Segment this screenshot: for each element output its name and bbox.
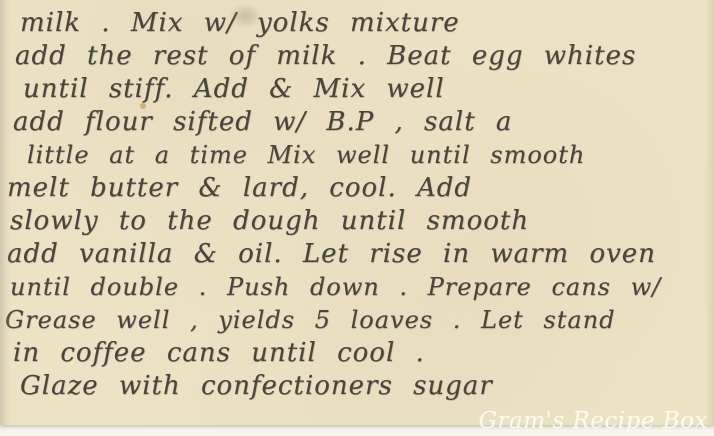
handwritten-line: little at a time Mix well until smooth — [27, 139, 714, 172]
handwritten-line: add vanilla & oil. Let rise in warm oven — [7, 238, 714, 271]
handwritten-line: until stiff. Add & Mix well — [23, 73, 714, 106]
watermark-text: Gram's Recipe Box — [479, 408, 708, 434]
handwritten-line: until double . Push down . Prepare cans … — [10, 271, 714, 304]
handwritten-line: add flour sifted w/ B.P , salt a — [13, 106, 714, 139]
handwritten-line: in coffee cans until cool . — [13, 337, 714, 370]
handwritten-recipe-text: milk . Mix w/ yolks mixture add the rest… — [0, 7, 714, 403]
recipe-card: milk . Mix w/ yolks mixture add the rest… — [0, 0, 714, 425]
handwritten-line: milk . Mix w/ yolks mixture — [20, 7, 714, 40]
handwritten-line: Glaze with confectioners sugar — [20, 370, 714, 403]
handwritten-line: Grease well , yields 5 loaves . Let stan… — [5, 304, 714, 337]
ink-smudge — [228, 3, 262, 29]
paper-stain — [140, 103, 146, 109]
handwritten-line: add the rest of milk . Beat egg whites — [15, 40, 714, 73]
recipe-card-scan: milk . Mix w/ yolks mixture add the rest… — [0, 0, 714, 436]
handwritten-line: slowly to the dough until smooth — [10, 205, 714, 238]
handwritten-line: melt butter & lard, cool. Add — [7, 172, 714, 205]
